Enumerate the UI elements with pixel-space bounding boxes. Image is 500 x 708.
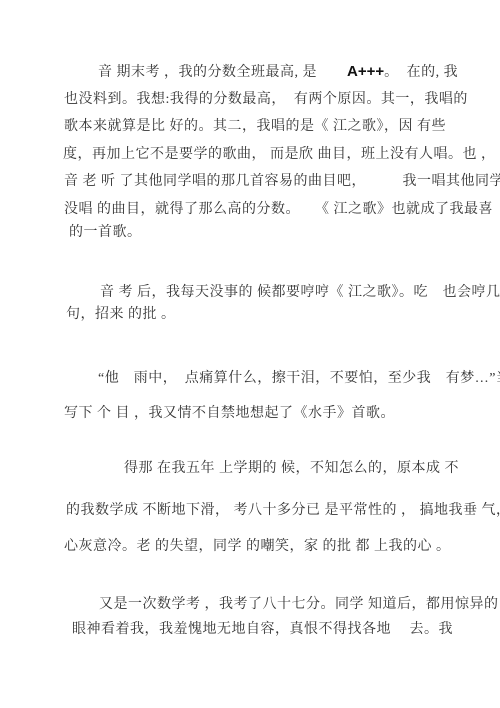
essay-line-11: 写下 个 目 ，我又情不自禁地想起了《水手》首歌。 <box>64 406 395 422</box>
essay-page: 音 期末考 ，我的分数全班最高, 是A+++。 在的, 我 也没料到。我想:我得… <box>0 0 500 708</box>
essay-line-1-pre: 音 期末考 ，我的分数全班最高, 是 <box>98 65 317 80</box>
essay-line-5: 音 老 听 了其他同学唱的那几首容易的曲目吧， 我一唱其他同学 <box>64 174 500 190</box>
essay-line-15: 又是一次数学考 ，我考了八十七分。同学 知道后，都用惊异的 <box>99 597 499 613</box>
essay-line-3: 歌本来就算是比 好的。其二，我唱的是《 江之歌》，因 有些 <box>64 119 446 135</box>
essay-line-8: 音 考 后，我每天没事的 候都要哼哼《 江之歌》。吃 也会哼几 <box>100 285 500 301</box>
essay-line-13: 的我数学成 不断地下滑， 考八十多分已 是平常性的 ， 搞地我垂 气， <box>66 503 500 519</box>
essay-line-4: 度，再加上它不是要学的歌曲， 而是欣 曲目，班上没有人唱。也 ， <box>63 147 496 163</box>
essay-line-9: 句，招来 的批 。 <box>66 307 176 323</box>
essay-line-1-post: 。 在的, 我 <box>384 65 458 80</box>
essay-line-12: 得那 在我五年 上学期的 候，不知怎么的，原本成 不 <box>124 461 459 477</box>
essay-line-1: 音 期末考 ，我的分数全班最高, 是A+++。 在的, 我 <box>98 64 458 81</box>
essay-line-6: 没唱 的曲目，就得了那么高的分数。 《 江之歌》也就成了我最喜 <box>64 202 493 218</box>
grade-highlight: A+++ <box>347 63 384 80</box>
essay-line-14: 心灰意冷。老 的失望，同学 的嘲笑，家 的批 都 上我的心 。 <box>64 539 451 555</box>
essay-line-7: 的一首歌。 <box>69 225 142 241</box>
essay-line-16: 眼神看着我，我羞愧地无地自容，真恨不得找各地 去。我 <box>72 622 453 638</box>
essay-line-10: “他 雨中， 点痛算什么，擦干泪，不要怕，至少我 有梦…”当我 <box>98 371 500 387</box>
essay-line-2: 也没料到。我想:我得的分数最高， 有两个原因。其一，我唱的 <box>64 92 468 108</box>
